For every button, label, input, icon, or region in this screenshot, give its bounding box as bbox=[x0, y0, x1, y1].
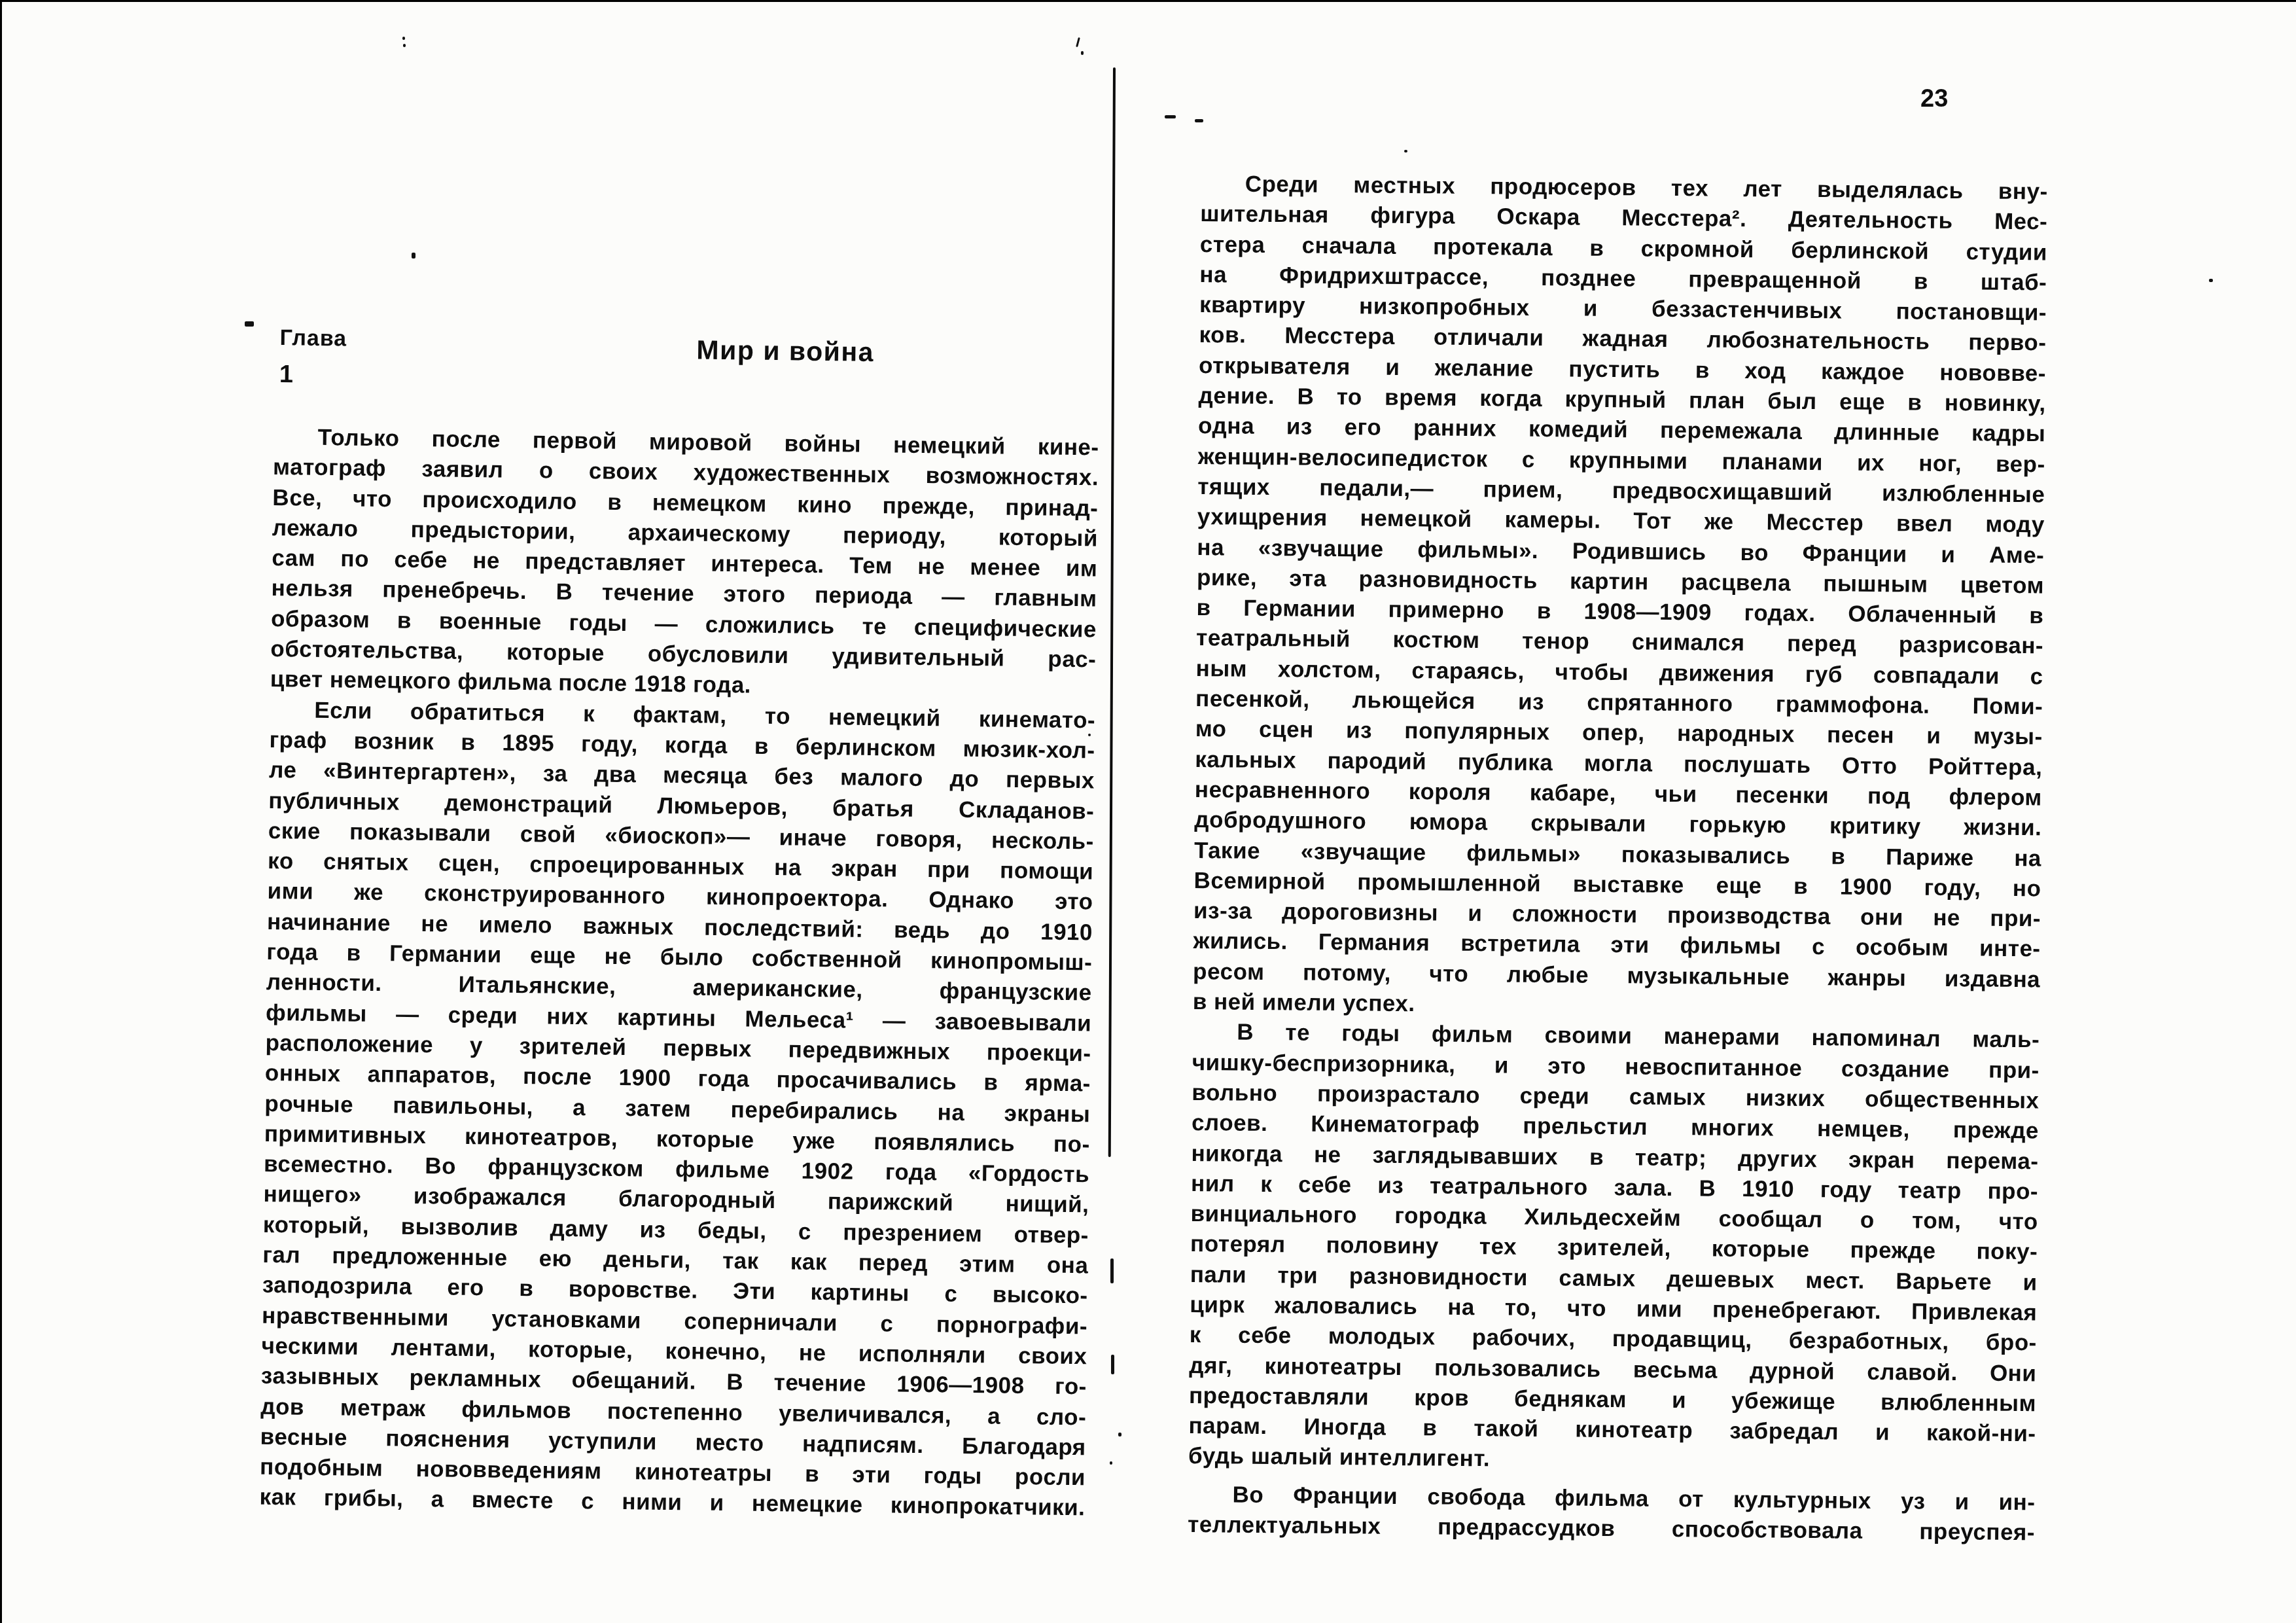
gutter-dot bbox=[1110, 1461, 1112, 1465]
scan-artifact-tick bbox=[1068, 1237, 1070, 1244]
scan-edge-top bbox=[0, 0, 2296, 2]
paragraph: Если обратиться к фактам, то немецкий ки… bbox=[259, 695, 1095, 1524]
page-number: 23 bbox=[1920, 85, 1948, 113]
scan-artifact-dot bbox=[1404, 150, 1407, 152]
paragraph: Среди местных продюсеров тех лет выделял… bbox=[1193, 169, 2048, 1026]
right-page-body: Среди местных продюсеров тех лет выделял… bbox=[1188, 169, 2048, 1548]
scan-artifact-dot bbox=[2209, 279, 2213, 282]
gutter-dash bbox=[1110, 1258, 1114, 1283]
paragraph: В те годы фильм своими манерами напомина… bbox=[1188, 1017, 2040, 1480]
gutter-dot bbox=[1118, 1433, 1122, 1436]
paragraph: Только после первой мировой войны немецк… bbox=[270, 422, 1099, 705]
scan-artifact-tick bbox=[1076, 37, 1080, 47]
scan-artifact-dot bbox=[1074, 933, 1076, 936]
left-page: Глава 1 Мир и война Только после первой … bbox=[275, 324, 1101, 335]
left-page-body: Только после первой мировой войны немецк… bbox=[259, 422, 1099, 1524]
paragraph: Во Франции свобода фильма от культурных … bbox=[1188, 1480, 2036, 1548]
chapter-label: Глава bbox=[279, 325, 347, 351]
scan-artifact-colon bbox=[402, 37, 405, 40]
scan-artifact-dot bbox=[1081, 51, 1084, 55]
scan-artifact-colon bbox=[403, 44, 406, 47]
gutter-dash bbox=[1111, 1355, 1114, 1374]
scan-artifact-dash bbox=[1165, 115, 1176, 118]
scan-artifact-blot bbox=[245, 321, 254, 327]
scan-edge-left bbox=[0, 0, 2, 1623]
book-scan: Глава 1 Мир и война Только после первой … bbox=[0, 0, 2296, 1623]
chapter-title: Мир и война bbox=[696, 334, 874, 368]
scan-artifact-dot bbox=[1088, 734, 1091, 736]
page-gutter-line bbox=[1108, 67, 1116, 1157]
right-page: Среди местных продюсеров тех лет выделял… bbox=[1188, 169, 2048, 1548]
scan-artifact-dash bbox=[1195, 119, 1203, 122]
scan-artifact-speck bbox=[412, 253, 415, 259]
chapter-number: 1 bbox=[279, 361, 294, 389]
